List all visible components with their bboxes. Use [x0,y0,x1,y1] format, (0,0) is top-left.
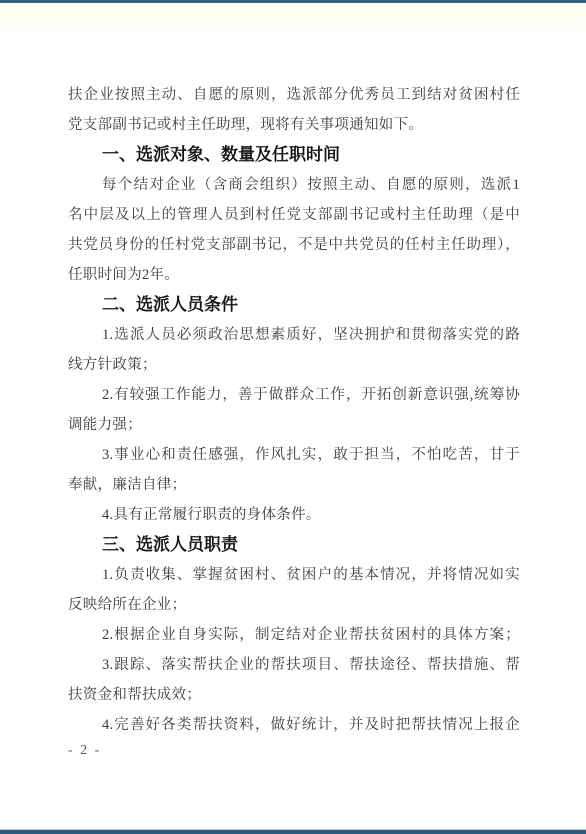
text-line: 2.有较强工作能力，善于做群众工作，开拓创新意识强,统筹协 [68,380,520,410]
text-line: 3.跟踪、落实帮扶企业的帮扶项目、帮扶途径、帮扶措施、帮 [68,650,520,680]
section-heading: 二、选派人员条件 [68,290,520,320]
text-line: 扶资金和帮扶成效； [68,680,520,710]
text-line: 共党员身份的任村党支部副书记，不是中共党员的任村主任助理）， [68,230,520,260]
text-line: 反映给所在企业； [68,590,520,620]
text-line: 每个结对企业（含商会组织）按照主动、自愿的原则，选派1 [68,170,520,200]
text-line: 任职时间为2年。 [68,260,520,290]
text-line: 1.选派人员必须政治思想素质好，坚决拥护和贯彻落实党的路 [68,320,520,350]
text-line: 名中层及以上的管理人员到村任党支部副书记或村主任助理（是中 [68,200,520,230]
text-line: 线方针政策； [68,350,520,380]
text-line: 2.根据企业自身实际，制定结对企业帮扶贫困村的具体方案； [68,620,520,650]
section-heading: 一、选派对象、数量及任职时间 [68,140,520,170]
page-top-tint [0,3,586,39]
text-line: 调能力强； [68,410,520,440]
document-body: 扶企业按照主动、自愿的原则，选派部分优秀员工到结对贫困村任党支部副书记或村主任助… [68,80,520,740]
section-heading: 三、选派人员职责 [68,530,520,560]
page-number: - 2 - [68,743,101,759]
text-line: 1.负责收集、掌握贫困村、贫困户的基本情况，并将情况如实 [68,560,520,590]
bottom-border-bar [0,830,586,834]
text-line: 4.具有正常履行职责的身体条件。 [68,500,520,530]
text-line: 奉献，廉洁自律； [68,470,520,500]
text-line: 扶企业按照主动、自愿的原则，选派部分优秀员工到结对贫困村任 [68,80,520,110]
text-line: 4.完善好各类帮扶资料，做好统计，并及时把帮扶情况上报企 [68,710,520,740]
text-line: 党支部副书记或村主任助理，现将有关事项通知如下。 [68,110,520,140]
text-line: 3.事业心和责任感强，作风扎实，敢于担当，不怕吃苦，甘于 [68,440,520,470]
